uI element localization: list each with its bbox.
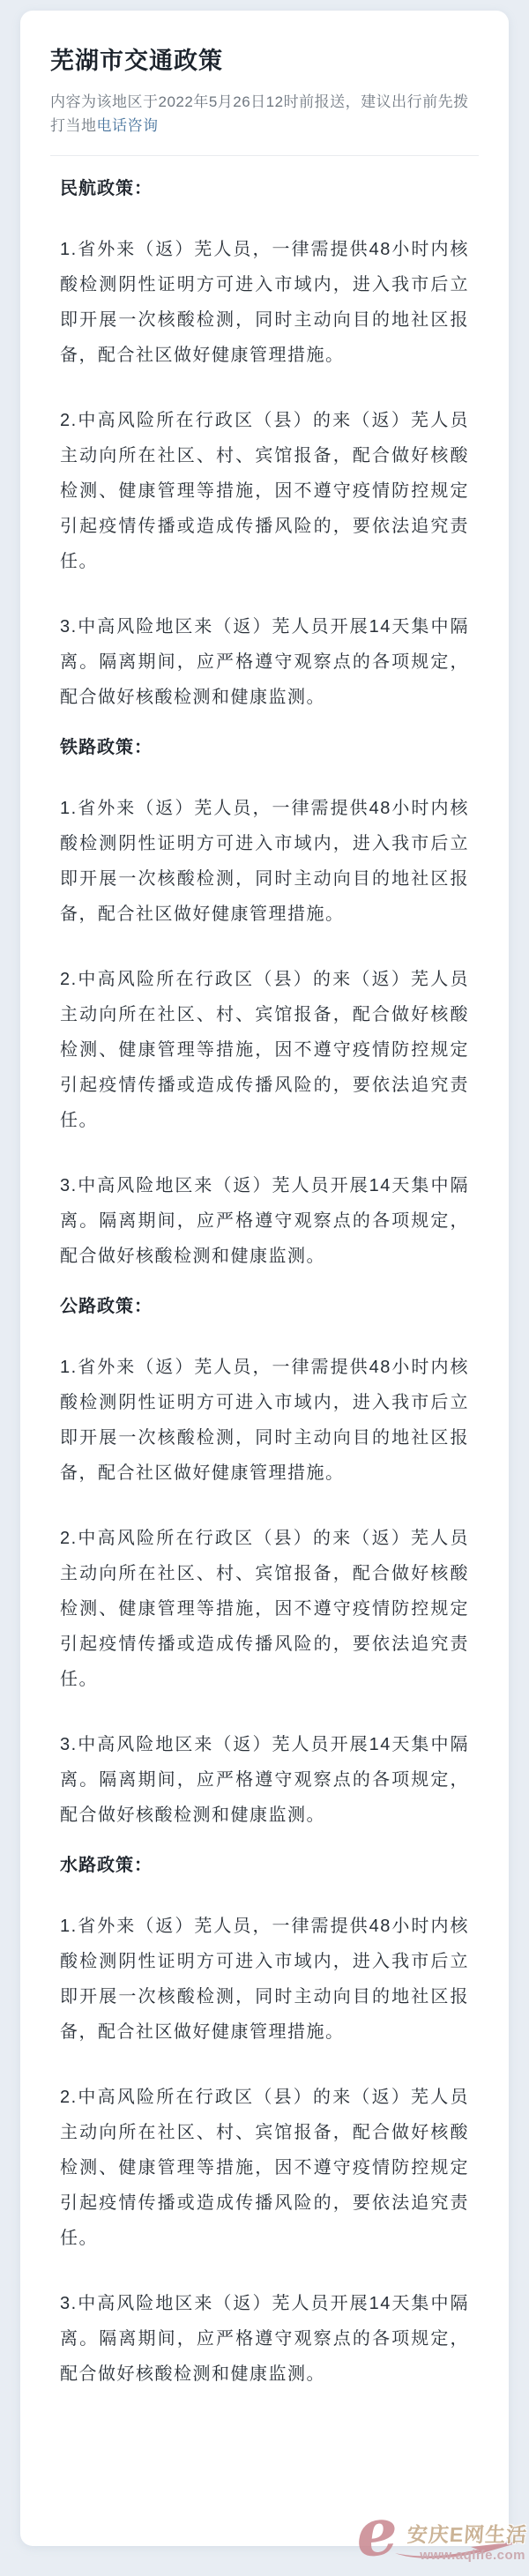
section-heading-railway: 铁路政策： xyxy=(60,734,469,761)
section-railway: 铁路政策： 1.省外来（返）芜人员，一律需提供48小时内核酸检测阴性证明方可进入… xyxy=(60,734,469,1274)
watermark-site-url: www.aqlife.com xyxy=(420,2548,525,2563)
watermark: e 安庆E网生活 www.aqlife.com xyxy=(354,2505,529,2574)
policy-item: 2.中高风险所在行政区（县）的来（返）芜人员主动向所在社区、村、宾馆报备，配合做… xyxy=(60,2080,469,2256)
policy-item: 1.省外来（返）芜人员，一律需提供48小时内核酸检测阴性证明方可进入市域内，进入… xyxy=(60,1909,469,2050)
watermark-site-name: 安庆E网生活 xyxy=(406,2519,529,2548)
policy-item: 3.中高风险地区来（返）芜人员开展14天集中隔离。隔离期间，应严格遵守观察点的各… xyxy=(60,1168,469,1274)
header-divider xyxy=(50,155,479,156)
section-heading-civil-aviation: 民航政策： xyxy=(60,175,469,202)
section-waterway: 水路政策： 1.省外来（返）芜人员，一律需提供48小时内核酸检测阴性证明方可进入… xyxy=(60,1852,469,2392)
card-header: 芜湖市交通政策 内容为该地区于2022年5月26日12时前报送，建议出行前先拨打… xyxy=(20,11,509,138)
policy-sections: 民航政策： 1.省外来（返）芜人员，一律需提供48小时内核酸检测阴性证明方可进入… xyxy=(20,175,509,2392)
section-highway: 公路政策： 1.省外来（返）芜人员，一律需提供48小时内核酸检测阴性证明方可进入… xyxy=(60,1293,469,1833)
policy-item: 1.省外来（返）芜人员，一律需提供48小时内核酸检测阴性证明方可进入市域内，进入… xyxy=(60,791,469,932)
policy-item: 3.中高风险地区来（返）芜人员开展14天集中隔离。隔离期间，应严格遵守观察点的各… xyxy=(60,609,469,715)
phone-consult-link[interactable]: 电话咨询 xyxy=(97,117,159,134)
report-note: 内容为该地区于2022年5月26日12时前报送，建议出行前先拨打当地电话咨询 xyxy=(50,90,479,138)
policy-card: 芜湖市交通政策 内容为该地区于2022年5月26日12时前报送，建议出行前先拨打… xyxy=(20,11,509,2546)
policy-item: 3.中高风险地区来（返）芜人员开展14天集中隔离。隔离期间，应严格遵守观察点的各… xyxy=(60,1727,469,1833)
policy-item: 1.省外来（返）芜人员，一律需提供48小时内核酸检测阴性证明方可进入市域内，进入… xyxy=(60,232,469,373)
policy-item: 2.中高风险所在行政区（县）的来（返）芜人员主动向所在社区、村、宾馆报备，配合做… xyxy=(60,962,469,1138)
page-title: 芜湖市交通政策 xyxy=(50,44,479,78)
section-heading-waterway: 水路政策： xyxy=(60,1852,469,1879)
policy-item: 2.中高风险所在行政区（县）的来（返）芜人员主动向所在社区、村、宾馆报备，配合做… xyxy=(60,403,469,579)
policy-item: 1.省外来（返）芜人员，一律需提供48小时内核酸检测阴性证明方可进入市域内，进入… xyxy=(60,1350,469,1491)
section-civil-aviation: 民航政策： 1.省外来（返）芜人员，一律需提供48小时内核酸检测阴性证明方可进入… xyxy=(60,175,469,715)
policy-item: 2.中高风险所在行政区（县）的来（返）芜人员主动向所在社区、村、宾馆报备，配合做… xyxy=(60,1521,469,1697)
policy-item: 3.中高风险地区来（返）芜人员开展14天集中隔离。隔离期间，应严格遵守观察点的各… xyxy=(60,2286,469,2392)
section-heading-highway: 公路政策： xyxy=(60,1293,469,1320)
